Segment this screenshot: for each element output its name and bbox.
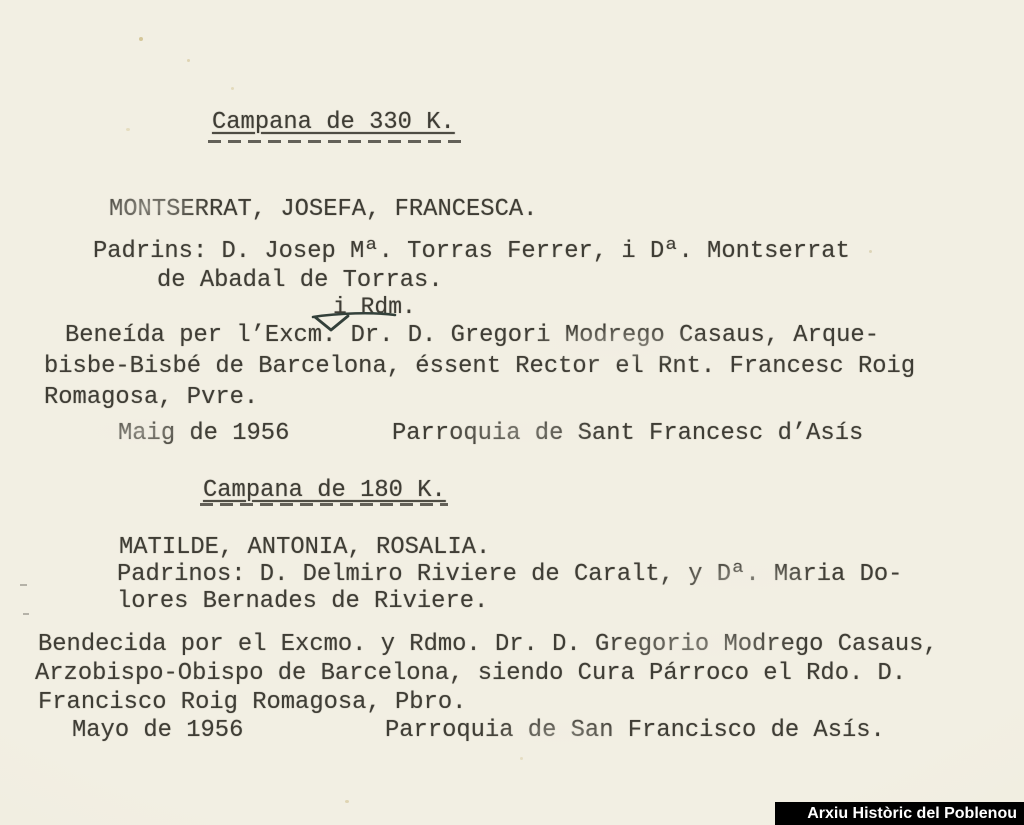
scanned-typewritten-page: Campana de 330 K. MONTSERRAT, JOSEFA, FR… <box>0 0 1024 825</box>
section1-heading-dashed-underline <box>208 140 462 143</box>
section1-blessing-line2: bisbe-Bisbé de Barcelona, éssent Rector … <box>44 352 915 382</box>
section2-date: Mayo de 1956 <box>72 716 243 746</box>
section1-parish: Parroquia de Sant Francesc d’Asís <box>392 419 863 449</box>
archive-watermark-label: Arxiu Històric del Poblenou <box>807 805 1017 823</box>
section2-bell-dedication: MATILDE, ANTONIA, ROSALIA. <box>119 533 490 563</box>
section2-blessing-line1: Bendecida por el Excmo. y Rdmo. Dr. D. G… <box>38 630 938 660</box>
section2-heading-dashed-underline <box>200 503 448 506</box>
section1-sponsors-line2: de Abadal de Torras. <box>157 266 443 296</box>
section1-date: Maig de 1956 <box>118 419 289 449</box>
section1-bell-dedication: MONTSERRAT, JOSEFA, FRANCESCA. <box>109 195 537 225</box>
section2-blessing-line2: Arzobispo-Obispo de Barcelona, siendo Cu… <box>35 659 906 689</box>
section2-blessing-line3: Francisco Roig Romagosa, Pbro. <box>38 688 466 718</box>
section1-sponsors-line1: Padrins: D. Josep Mª. Torras Ferrer, i D… <box>93 237 850 267</box>
section2-heading: Campana de 180 K. <box>203 476 446 506</box>
section2-parish: Parroquia de San Francisco de Asís. <box>385 716 885 746</box>
section1-blessing-line1: Beneída per l’Excm. Dr. D. Gregori Modre… <box>65 321 879 351</box>
section2-sponsors-line1: Padrinos: D. Delmiro Riviere de Caralt, … <box>117 560 902 590</box>
section2-sponsors-line2: lores Bernades de Riviere. <box>117 587 488 617</box>
section1-heading: Campana de 330 K. <box>212 108 455 138</box>
section1-blessing-line3: Romagosa, Pvre. <box>44 383 258 413</box>
archive-watermark: Arxiu Històric del Poblenou <box>775 802 1024 825</box>
